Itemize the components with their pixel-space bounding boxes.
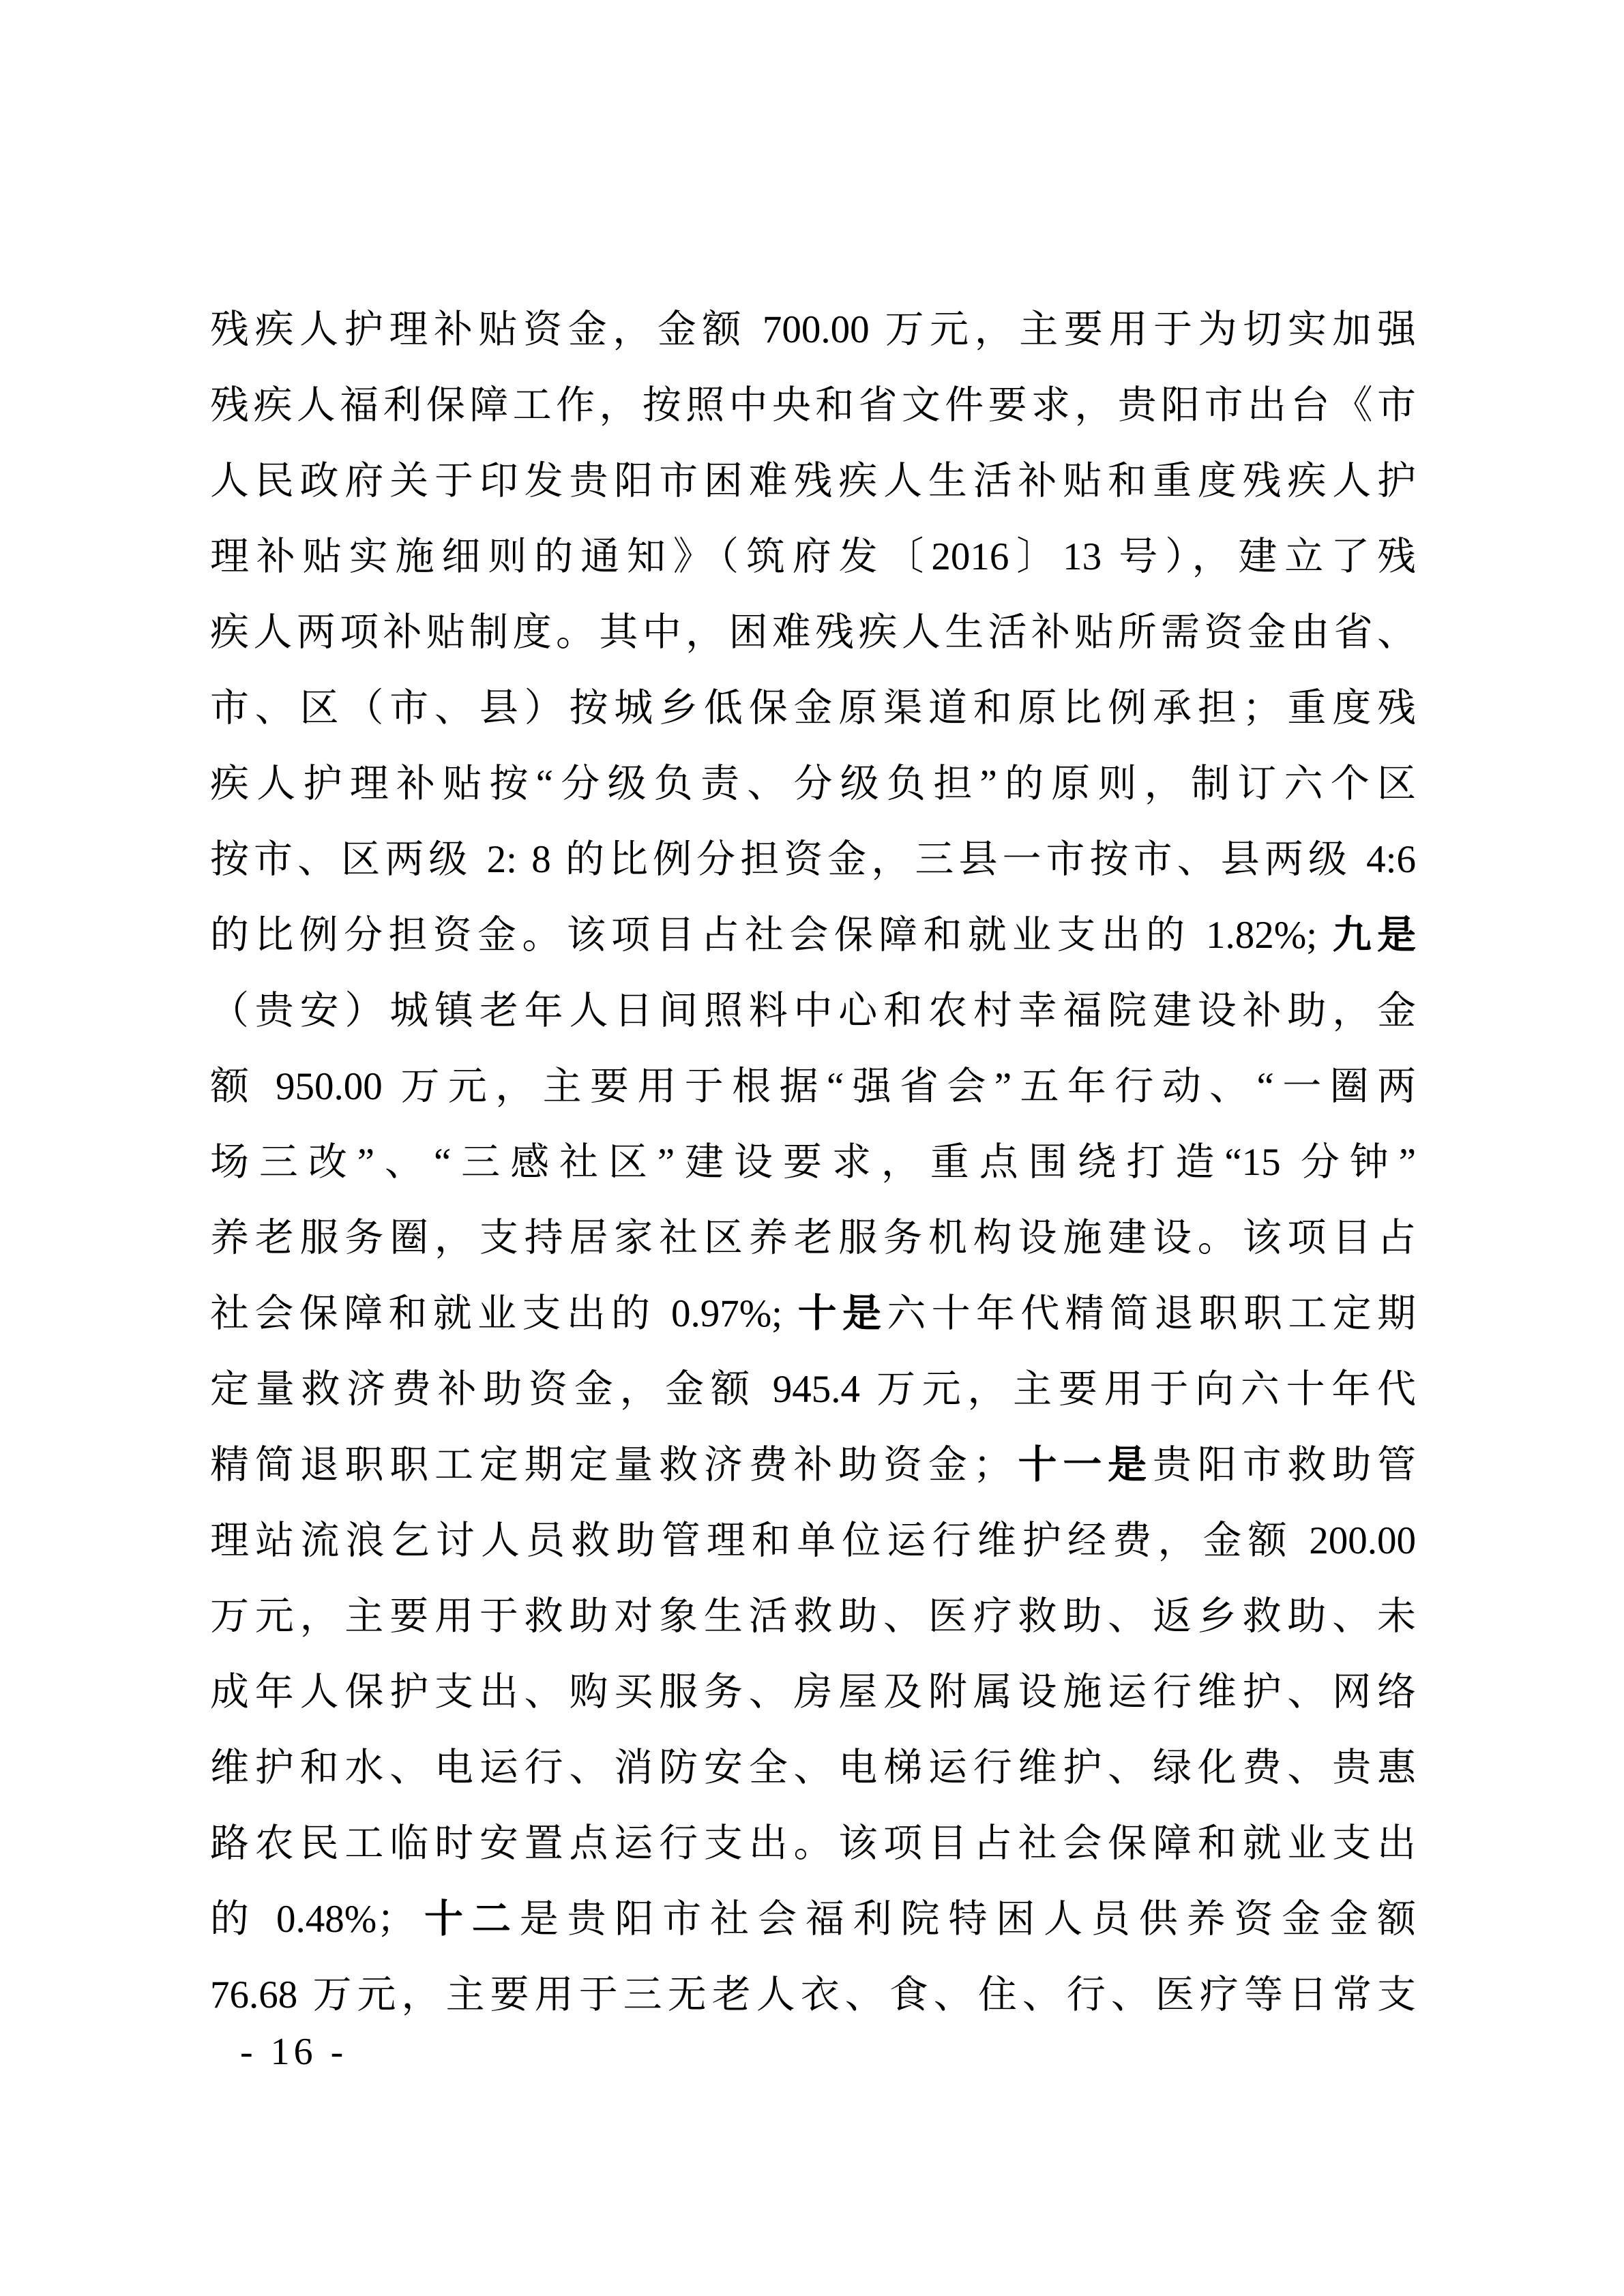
text-segment: 疾人护理补贴按“分级负责、分级负担”的原则，制订六个区 [210, 762, 1416, 805]
text-segment: 万元，主要用于救助对象生活救助、医疗救助、返乡救助、未 [210, 1595, 1416, 1638]
text-block: 残疾人护理补贴资金，金额 700.00 万元，主要用于为切实加强残疾人福利保障工… [210, 292, 1416, 2033]
text-line: 理站流浪乞讨人员救助管理和单位运行维护经费，金额 200.00 [210, 1503, 1416, 1579]
text-segment: 场三改”、“三感社区”建设要求，重点围绕打造“15 分钟” [210, 1141, 1416, 1184]
text-segment: 养老服务圈，支持居家社区养老服务机构设施建设。该项目占 [210, 1217, 1416, 1259]
page-number: - 16 - [240, 2031, 347, 2073]
text-segment: 成年人保护支出、购买服务、房屋及附属设施运行维护、网络 [210, 1671, 1416, 1714]
text-line: 理补贴实施细则的通知》（筑府发〔2016〕13 号），建立了残 [210, 519, 1416, 595]
text-line: 养老服务圈，支持居家社区养老服务机构设施建设。该项目占 [210, 1200, 1416, 1276]
text-line: 维护和水、电运行、消防安全、电梯运行维护、绿化费、贵惠 [210, 1730, 1416, 1806]
text-line: 残疾人福利保障工作，按照中央和省文件要求，贵阳市出台《市 [210, 368, 1416, 443]
text-segment: 残疾人福利保障工作，按照中央和省文件要求，贵阳市出台《市 [210, 384, 1416, 427]
text-line: 精简退职职工定期定量救济费补助资金；十一是贵阳市救助管 [210, 1427, 1416, 1503]
text-segment: 残疾人护理补贴资金，金额 700.00 万元，主要用于为切实加强 [210, 308, 1416, 351]
text-line: 万元，主要用于救助对象生活救助、医疗救助、返乡救助、未 [210, 1579, 1416, 1654]
text-line: 路农民工临时安置点运行支出。该项目占社会保障和就业支出 [210, 1806, 1416, 1881]
text-line: 76.68 万元，主要用于三无老人衣、食、住、行、医疗等日常支 [210, 1957, 1416, 2033]
text-line: 疾人两项补贴制度。其中，困难残疾人生活补贴所需资金由省、 [210, 595, 1416, 670]
text-line: 社会保障和就业支出的 0.97%; 十是六十年代精简退职职工定期 [210, 1276, 1416, 1352]
text-line: （贵安）城镇老年人日间照料中心和农村幸福院建设补助，金 [210, 973, 1416, 1049]
text-segment: 的 0.48%； [210, 1898, 415, 1941]
text-segment: 社会保障和就业支出的 0.97%; [210, 1292, 798, 1335]
text-segment: 按市、区两级 2: 8 的比例分担资金，三县一市按市、县两级 4:6 [210, 838, 1416, 881]
text-segment: 六十年代精简退职职工定期 [887, 1292, 1416, 1335]
text-segment: 人民政府关于印发贵阳市困难残疾人生活补贴和重度残疾人护 [210, 460, 1416, 503]
text-segment: 贵阳市救助管 [1153, 1444, 1416, 1487]
text-segment: 是贵阳市社会福利院特困人员供养资金金额 [520, 1898, 1416, 1941]
text-line: 按市、区两级 2: 8 的比例分担资金，三县一市按市、县两级 4:6 [210, 822, 1416, 897]
text-segment: 定量救济费补助资金，金额 945.4 万元，主要用于向六十年代 [210, 1368, 1416, 1411]
text-segment: 的比例分担资金。该项目占社会保障和就业支出的 1.82%; [210, 914, 1333, 957]
document-page: 残疾人护理补贴资金，金额 700.00 万元，主要用于为切实加强残疾人福利保障工… [0, 0, 1624, 2296]
text-segment: 理站流浪乞讨人员救助管理和单位运行维护经费，金额 200.00 [210, 1519, 1416, 1562]
text-segment: 额 950.00 万元，主要用于根据“强省会”五年行动、“一圈两 [210, 1065, 1416, 1108]
bold-segment: 十一是 [1012, 1444, 1153, 1487]
text-line: 成年人保护支出、购买服务、房屋及附属设施运行维护、网络 [210, 1654, 1416, 1730]
text-segment: 维护和水、电运行、消防安全、电梯运行维护、绿化费、贵惠 [210, 1746, 1416, 1789]
text-line: 场三改”、“三感社区”建设要求，重点围绕打造“15 分钟” [210, 1124, 1416, 1200]
text-line: 定量救济费补助资金，金额 945.4 万元，主要用于向六十年代 [210, 1352, 1416, 1427]
text-segment: 市、区（市、县）按城乡低保金原渠道和原比例承担；重度残 [210, 687, 1416, 730]
text-segment: 76.68 万元，主要用于三无老人衣、食、住、行、医疗等日常支 [210, 1973, 1416, 2016]
text-segment: 路农民工临时安置点运行支出。该项目占社会保障和就业支出 [210, 1822, 1416, 1865]
text-line: 人民政府关于印发贵阳市困难残疾人生活补贴和重度残疾人护 [210, 443, 1416, 519]
text-line: 残疾人护理补贴资金，金额 700.00 万元，主要用于为切实加强 [210, 292, 1416, 368]
bold-segment: 十是 [798, 1292, 887, 1335]
bold-segment: 十二 [415, 1898, 520, 1941]
text-segment: （贵安）城镇老年人日间照料中心和农村幸福院建设补助，金 [210, 989, 1416, 1032]
text-segment: 疾人两项补贴制度。其中，困难残疾人生活补贴所需资金由省、 [210, 611, 1416, 654]
text-line: 的 0.48%；十二是贵阳市社会福利院特困人员供养资金金额 [210, 1881, 1416, 1957]
text-line: 额 950.00 万元，主要用于根据“强省会”五年行动、“一圈两 [210, 1049, 1416, 1124]
text-line: 疾人护理补贴按“分级负责、分级负担”的原则，制订六个区 [210, 746, 1416, 822]
text-segment: 精简退职职工定期定量救济费补助资金； [210, 1444, 1012, 1487]
text-line: 的比例分担资金。该项目占社会保障和就业支出的 1.82%; 九是 [210, 897, 1416, 973]
bold-segment: 九是 [1333, 914, 1416, 957]
text-segment: 理补贴实施细则的通知》（筑府发〔2016〕13 号），建立了残 [210, 535, 1416, 578]
text-line: 市、区（市、县）按城乡低保金原渠道和原比例承担；重度残 [210, 670, 1416, 746]
